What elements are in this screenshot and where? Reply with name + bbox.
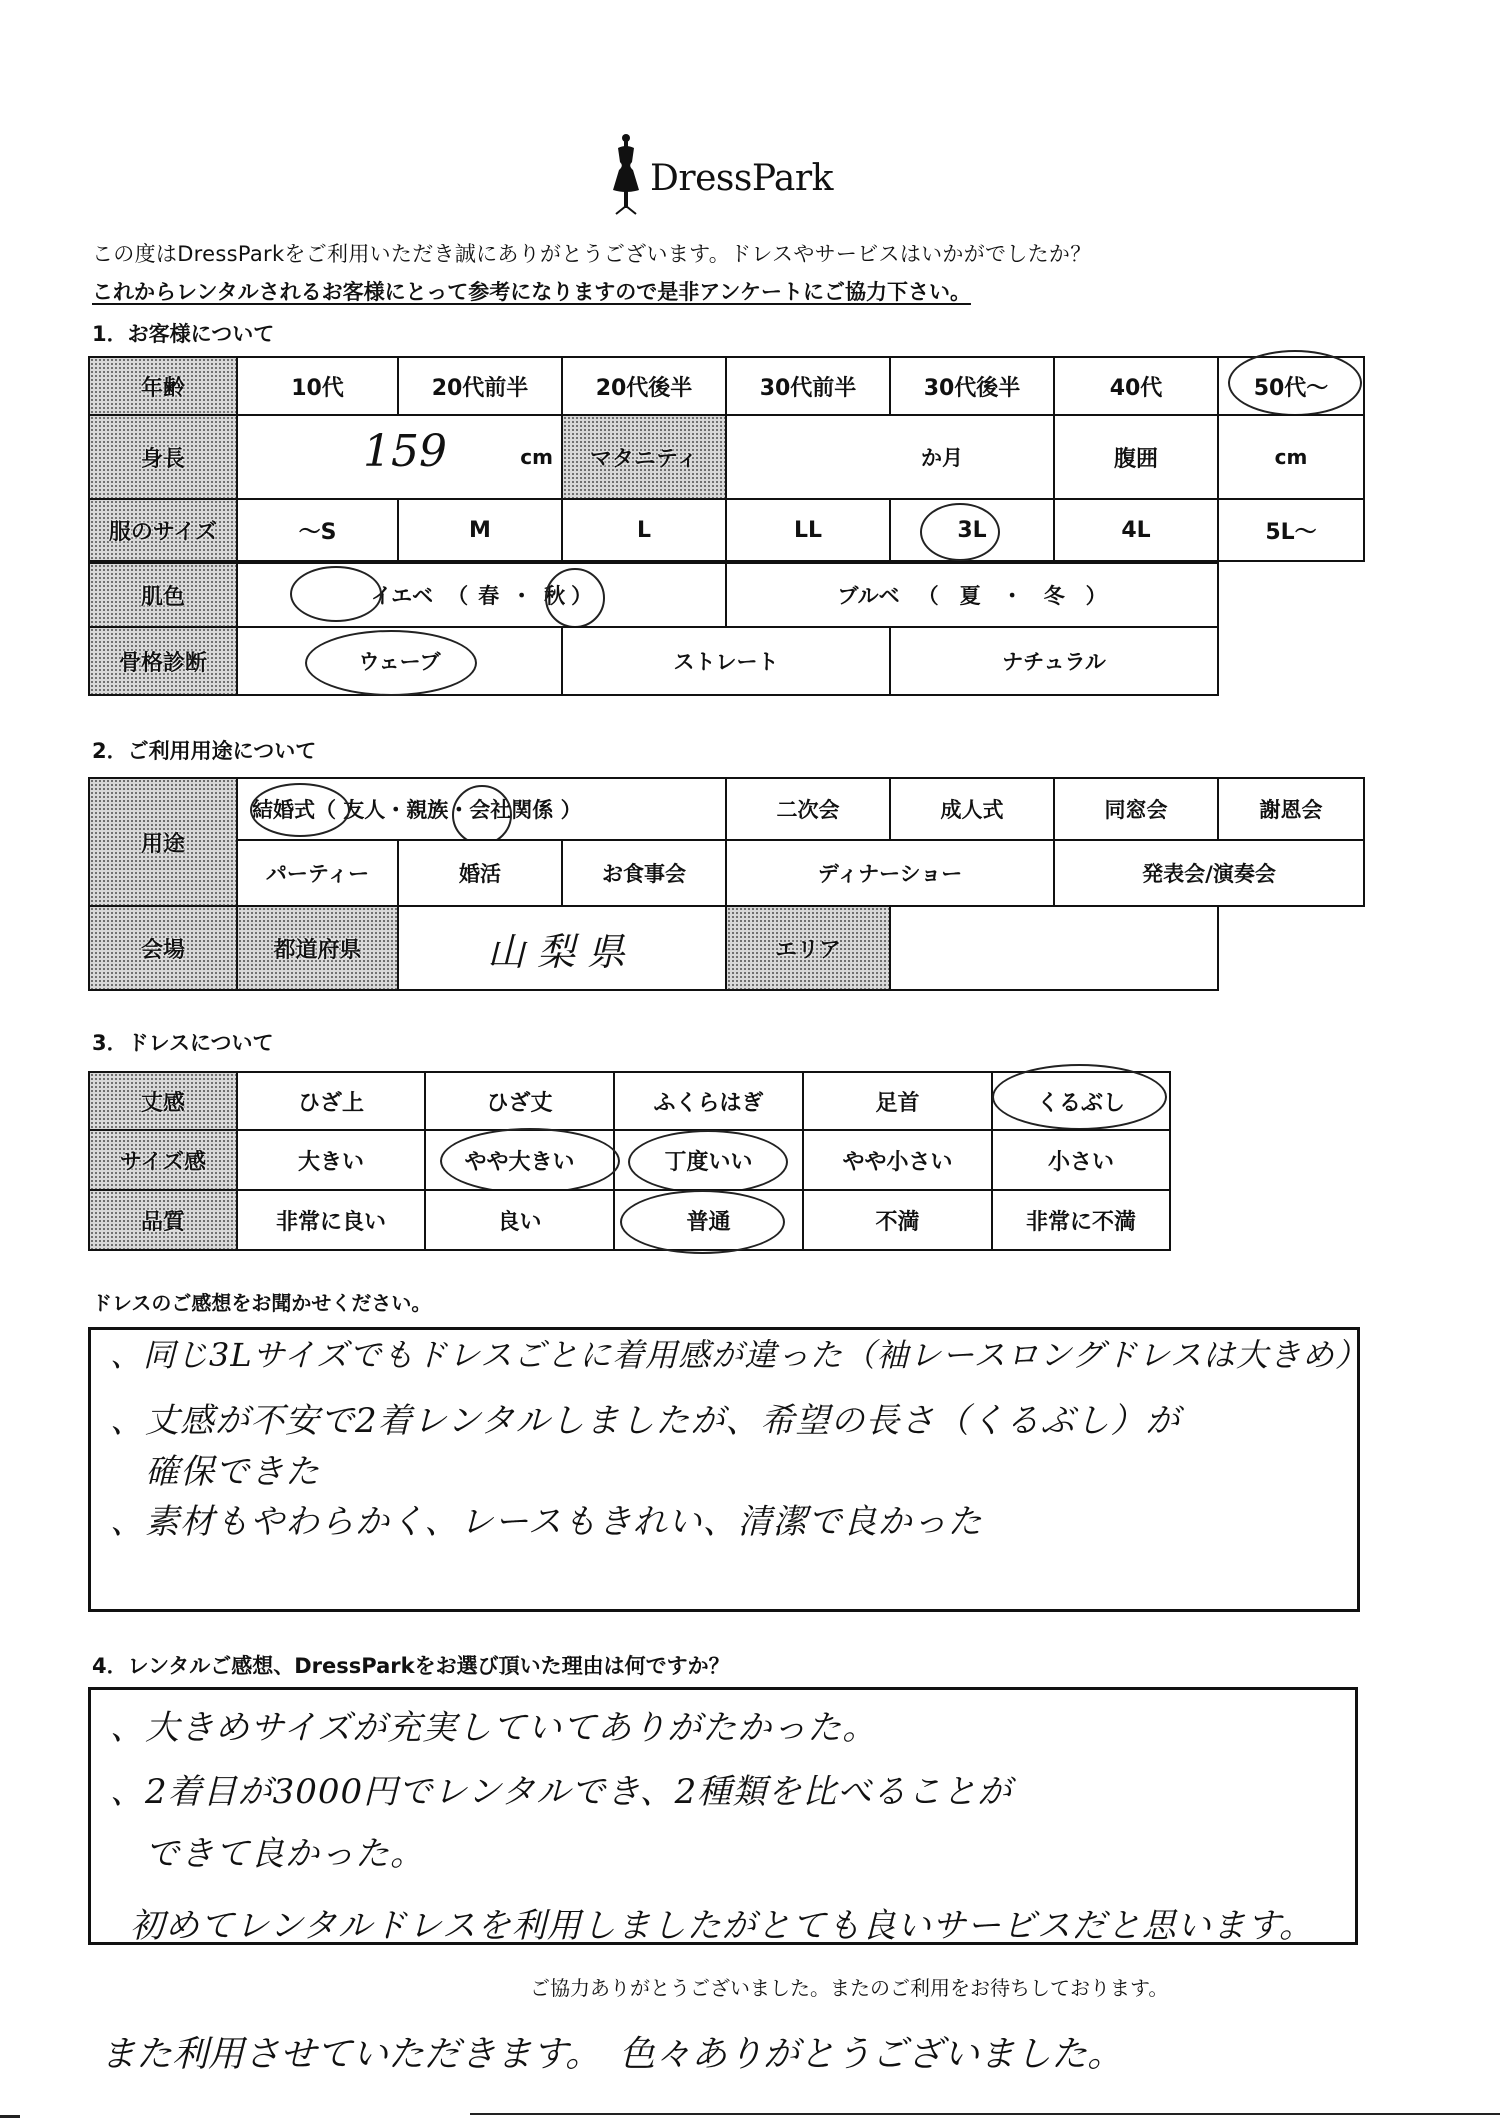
size-label: 服のサイズ — [88, 498, 238, 562]
length-option[interactable]: ひざ上 — [236, 1071, 426, 1131]
prefecture-label: 都道府県 — [236, 905, 399, 991]
purpose-option-selected[interactable]: 親族 — [406, 794, 448, 824]
quality-option[interactable]: 非常に良い — [236, 1189, 426, 1251]
section2-title: 2．ご利用用途について — [92, 735, 316, 765]
frame-option-selected[interactable]: ウェーブ — [236, 626, 563, 696]
maternity-months-field[interactable]: か月 — [725, 414, 1055, 500]
frame-label: 骨格診断 — [88, 626, 238, 696]
age-option[interactable]: 20代前半 — [397, 356, 563, 416]
dress-comments-title: ドレスのご感想をお聞かせください。 — [92, 1287, 431, 1316]
months-unit: か月 — [921, 442, 963, 472]
scan-edge-line — [0, 2115, 20, 2118]
age-label: 年齢 — [88, 356, 238, 416]
age-option[interactable]: 10代 — [236, 356, 399, 416]
section1-title: 1．お客様について — [92, 318, 274, 348]
comment-line: 、2着目が3000円でレンタルでき、2種類を比べることが — [110, 1764, 1012, 1813]
dresspark-logo: DressPark — [606, 132, 833, 218]
size-option[interactable]: L — [561, 498, 727, 562]
venue-label: 会場 — [88, 905, 238, 991]
comment-line: 初めてレンタルドレスを利用しましたがとても良いサービスだと思います。 — [130, 1898, 1314, 1947]
length-option[interactable]: 足首 — [802, 1071, 993, 1131]
comment-line: 、同じ3Lサイズでもドレスごとに着用感が違った（袖レースロングドレスは大きめ） — [110, 1330, 1368, 1376]
scan-edge-line — [470, 2113, 1500, 2115]
size-feel-option-selected[interactable]: やや大きい — [424, 1129, 615, 1191]
prefecture-value: 山梨県 — [487, 921, 637, 976]
waist-label: 腹囲 — [1053, 414, 1219, 500]
quality-option-selected[interactable]: 普通 — [613, 1189, 804, 1251]
size-option[interactable]: 5L～ — [1217, 498, 1365, 562]
dress-mannequin-icon — [606, 132, 646, 218]
maternity-label: マタニティ — [561, 414, 727, 500]
height-unit: cm — [520, 445, 553, 469]
age-option[interactable]: 20代後半 — [561, 356, 727, 416]
purpose-option[interactable]: ディナーショー — [725, 839, 1055, 907]
height-field[interactable]: 159 cm — [236, 414, 563, 500]
comment-line: 、丈感が不安で2着レンタルしましたが、希望の長さ（くるぶし）が — [110, 1393, 1180, 1442]
size-feel-option-selected[interactable]: 丁度いい — [613, 1129, 804, 1191]
prefecture-field[interactable]: 山梨県 — [397, 905, 727, 991]
skin-blue-base[interactable]: ブルベ （ 夏 ・ 冬 ） — [725, 562, 1219, 628]
size-option[interactable]: ～S — [236, 498, 399, 562]
age-option[interactable]: 30代前半 — [725, 356, 891, 416]
waist-field[interactable]: cm — [1217, 414, 1365, 500]
comment-line: できて良かった。 — [110, 1826, 425, 1875]
area-field[interactable] — [889, 905, 1219, 991]
purpose-label: 用途 — [88, 777, 238, 907]
purpose-option[interactable]: 成人式 — [889, 777, 1055, 841]
length-option[interactable]: ふくらはぎ — [613, 1071, 804, 1131]
age-option[interactable]: 30代後半 — [889, 356, 1055, 416]
purpose-option[interactable]: 婚活 — [397, 839, 563, 907]
area-label: エリア — [725, 905, 891, 991]
comment-line: 、素材もやわらかく、レースもきれい、清潔で良かった — [110, 1494, 983, 1543]
height-label: 身長 — [88, 414, 238, 500]
section4-title: 4．レンタルご感想、DressParkをお選び頂いた理由は何ですか？ — [92, 1650, 730, 1680]
purpose-option[interactable]: 二次会 — [725, 777, 891, 841]
quality-option[interactable]: 非常に不満 — [991, 1189, 1171, 1251]
quality-option[interactable]: 良い — [424, 1189, 615, 1251]
frame-option[interactable]: ストレート — [561, 626, 891, 696]
purpose-option[interactable]: パーティー — [236, 839, 399, 907]
size-option-selected[interactable]: 3L — [889, 498, 1055, 562]
frame-option[interactable]: ナチュラル — [889, 626, 1219, 696]
thanks-message: ご協力ありがとうございました。またのご利用をお待ちしております。 — [530, 1972, 1168, 2001]
size-feel-option[interactable]: 大きい — [236, 1129, 426, 1191]
purpose-option-selected[interactable]: 結婚式 — [252, 794, 315, 824]
handwritten-closing: また利用させていただきます。 色々ありがとうございました。 — [100, 2026, 1123, 2077]
waist-unit: cm — [1275, 445, 1308, 469]
skin-color-label: 肌色 — [88, 562, 238, 628]
length-label: 丈感 — [88, 1071, 238, 1131]
size-feel-label: サイズ感 — [88, 1129, 238, 1191]
skin-option[interactable]: ブルベ — [837, 580, 899, 610]
purpose-option[interactable]: 発表会/演奏会 — [1053, 839, 1365, 907]
size-option[interactable]: M — [397, 498, 563, 562]
skin-option-selected[interactable]: イエベ — [371, 580, 433, 610]
purpose-option[interactable]: 謝恩会 — [1217, 777, 1365, 841]
height-value: 159 — [363, 426, 447, 477]
quality-option[interactable]: 不満 — [802, 1189, 993, 1251]
age-option-selected[interactable]: 50代～ — [1217, 356, 1365, 416]
size-feel-option[interactable]: 小さい — [991, 1129, 1171, 1191]
skin-option[interactable]: 春 — [478, 580, 499, 610]
wedding-option[interactable]: 結婚式 （ 友人・ 親族 ・会社関係 ） — [236, 777, 727, 841]
comment-line: 、大きめサイズが充実していてありがたかった。 — [110, 1700, 877, 1749]
size-feel-option[interactable]: やや小さい — [802, 1129, 993, 1191]
age-option[interactable]: 40代 — [1053, 356, 1219, 416]
skin-yellow-base[interactable]: イエベ （ 春 ・ 秋 ） — [236, 562, 727, 628]
length-option-selected[interactable]: くるぶし — [991, 1071, 1171, 1131]
quality-label: 品質 — [88, 1189, 238, 1251]
purpose-option[interactable]: お食事会 — [561, 839, 727, 907]
comment-line: 確保できた — [110, 1444, 320, 1493]
size-option[interactable]: LL — [725, 498, 891, 562]
section3-title: 3．ドレスについて — [92, 1027, 274, 1057]
skin-option-selected[interactable]: 秋 — [544, 580, 565, 610]
purpose-option[interactable]: 同窓会 — [1053, 777, 1219, 841]
size-option[interactable]: 4L — [1053, 498, 1219, 562]
intro-request: これからレンタルされるお客様にとって参考になりますので是非アンケートにご協力下さ… — [92, 276, 971, 306]
brand-name: DressPark — [650, 152, 833, 199]
length-option[interactable]: ひざ丈 — [424, 1071, 615, 1131]
intro-text: この度はDressParkをご利用いただき誠にありがとうございます。ドレスやサー… — [92, 238, 1092, 268]
